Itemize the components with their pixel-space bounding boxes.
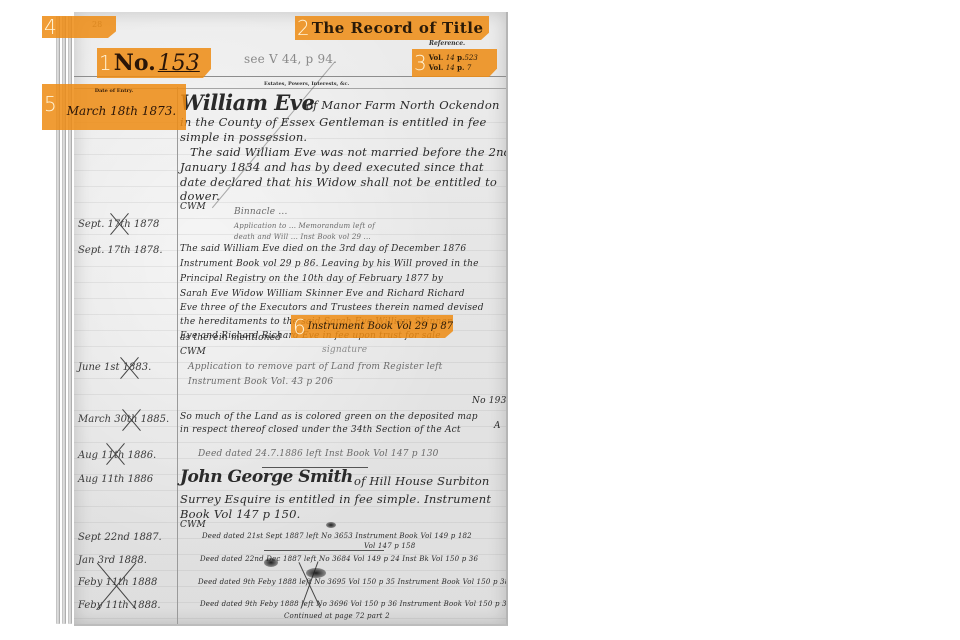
annotation-4-page-number: 4 [42,16,116,38]
annotation-number: 1 [97,53,114,73]
annotation-3-reference: 3 Vol. 14 p.523 Vol. 14 p. 7 [412,49,497,77]
entry-line: So much of the Land as is colored green … [180,412,478,422]
cancel-cross-icon [104,210,134,238]
cancel-cross-icon [116,406,146,434]
date-of-entry-cell: Date of Entry. March 18th 1873. [67,84,176,118]
entry-line: Vol 147 p 158 [364,542,415,550]
annotation-5-date-of-entry: 5 Date of Entry. March 18th 1873. [42,84,186,130]
entry-line: Deed dated 22nd Dec 1887 left No 3684 Vo… [200,555,478,563]
entry-line: Surrey Esquire is entitled in fee simple… [180,492,491,506]
owner-name: William Eve [180,90,314,115]
entry-line: Instrument Book Vol. 43 p 206 [188,377,333,387]
entry-line: dower. [180,189,220,203]
annotation-2-title: 2 The Record of Title [295,16,489,40]
entry-line: Deed dated 9th Feby 1888 left No 3695 Vo… [198,578,508,586]
record-number-value: 153 [158,51,200,76]
entry-line: Sarah Eve Widow William Skinner Eve and … [180,289,465,299]
instrument-reference: Instrument Book Vol 29 p 87. [308,321,457,332]
date-of-entry-header: Date of Entry. [95,88,176,94]
entry-line: Eve three of the Executors and Trustees … [180,303,484,313]
entry-line: Application to remove part of Land from … [188,362,442,372]
entry-line: Instrument Book vol 29 p 86. Leaving by … [180,259,479,269]
entry-line: Deed dated 24.7.1886 left Inst Book Vol … [198,449,439,459]
entry-line: Book Vol 147 p 150. [180,507,300,521]
cancel-cross-icon [114,354,144,382]
reference-heading: Reference. [429,40,465,47]
entry-date: March 18th 1873. [67,104,176,118]
entry-line: January 1834 and has by deed executed si… [180,160,484,174]
underline [264,550,384,551]
record-title: The Record of Title [312,19,484,37]
entry-date: Sept. 17th 1878. [78,245,163,256]
entry-line: Deed dated 21st Sept 1887 left No 3653 I… [202,532,472,540]
entry-line: Deed dated 9th Feby 1888 left No 3696 Vo… [200,600,508,608]
entry-note: No 193 [472,396,507,406]
entry-line: in respect thereof closed under the 34th… [180,425,461,435]
cancel-cross-icon [100,440,130,468]
reference-line-1: Vol. 14 p.523 [429,53,478,63]
entry-line: as therein mentioned [180,333,281,343]
initials: CWM [180,202,206,212]
estates-column-header: Estates, Powers, Interests, &c. [264,81,349,87]
entry-line: of Manor Farm North Ockendon [306,98,500,112]
margin-note: see V 44, p 94. [244,52,337,66]
signature: signature [322,345,367,355]
entry-line: death and Will ... Inst Book vol 29 ... [234,233,371,241]
annotation-number: 5 [42,94,59,114]
record-number-label: No. [114,50,156,76]
owner-name: John George Smith [180,467,353,487]
annotation-number: 6 [291,317,308,337]
entry-date: Feby 11th 1888. [78,600,161,611]
entry-line: of Hill House Surbiton [354,474,489,488]
initials: CWM [180,347,206,357]
entry-line: Principal Registry on the 10th day of Fe… [180,274,443,284]
entry-line: in the County of Essex Gentleman is enti… [180,115,487,129]
annotation-6-instrument-reference: 6 Instrument Book Vol 29 p 87. [291,315,453,338]
continuation-note: Continued at page 72 part 2 [284,612,390,620]
reference-line-2: Vol. 14 p. 7 [429,63,478,73]
annotation-1-record-number: 1 No.153 [97,48,211,78]
date-column-divider [177,87,178,624]
entry-date: Sept 22nd 1887. [78,532,162,543]
entry-line: Application to ... Memorandum left of [234,222,375,230]
annotation-number: 4 [42,17,59,37]
ink-blot [264,558,278,567]
ink-blot [306,568,326,578]
entry-line: The said William Eve died on the 3rd day… [180,244,466,254]
entry-line: Binnacle ... [234,207,288,217]
entry-date: Aug 11th 1886 [78,474,153,485]
record-number: No.153 [114,50,200,76]
annotation-number: 2 [295,18,312,38]
entry-line: The said William Eve was not married bef… [190,145,508,159]
entry-line: simple in possession. [180,130,307,144]
annotation-number: 3 [412,53,429,73]
ink-blot [326,522,336,528]
reference-lines: Vol. 14 p.523 Vol. 14 p. 7 [429,53,478,73]
initials: CWM [180,520,206,530]
entry-note: A [494,421,501,431]
